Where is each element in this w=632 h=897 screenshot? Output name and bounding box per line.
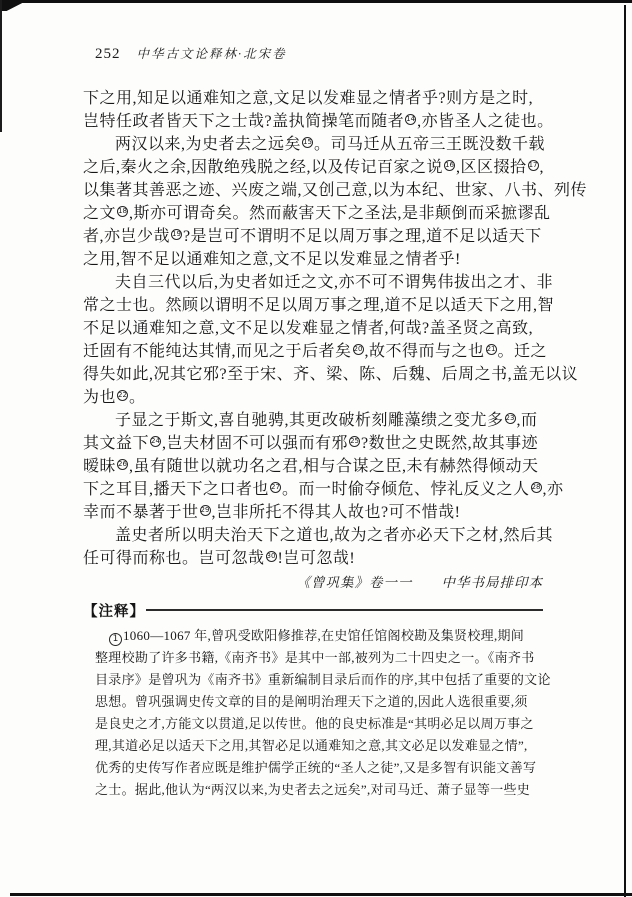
- note-ref-25: 25: [349, 436, 360, 447]
- running-head: 252中华古文论释林·北宋卷: [95, 44, 287, 64]
- scan-edge-bottom: [10, 893, 632, 896]
- note-ref-26: 26: [117, 459, 128, 470]
- book-page-scan: 252中华古文论释林·北宋卷 下之用,知足以通难知之意,文足以发难显之情者乎?则…: [0, 0, 632, 897]
- note-line: 理,其道必足以适天下之用,其智必足以通难知之意,其文必足以发难显之情”,: [95, 735, 545, 757]
- text-line: 为也22。: [83, 386, 547, 409]
- note-line: 是良史之才,方能文以贯道,足以传世。他的良史标准是“其明必足以周万事之: [95, 713, 545, 735]
- essay-body: 下之用,知足以通难知之意,文足以发难显之情者乎?则方是之时,岂特任政者皆天下之士…: [83, 87, 547, 570]
- text-line: 两汉以来,为史者去之远矣15。司马迁从五帝三王既没数千载: [83, 133, 547, 156]
- note-line: 整理校勘了许多书籍,《南齐书》是其中一部,被列为二十四史之一。《南齐书: [95, 647, 545, 669]
- text-line: 夫自三代以后,为史者如迁之文,亦不可不谓隽伟拔出之才、非: [83, 271, 547, 294]
- text-line: 任可得而称也。岂可忽哉30!岂可忽哉!: [83, 547, 547, 570]
- text-line: 暧昧26,虽有随世以就功名之君,相与合谋之臣,未有赫然得倾动天: [83, 455, 547, 478]
- attribution-line: 《曾巩集》卷一一 中华书局排印本: [83, 571, 543, 591]
- text-line: 之后,秦火之余,因散绝残脱之经,以及传记百家之说16,区区掇拾17,: [83, 156, 547, 179]
- note-ref-19: 19: [171, 229, 182, 240]
- note-line: 之士。据此,他认为“两汉以来,为史者去之远矣”,对司马迁、萧子显等一些史: [95, 779, 545, 801]
- note-ref-1: 1: [109, 633, 122, 646]
- text-line: 岂特任政者皆天下之士哉?盖执简操笔而随者14,亦皆圣人之徒也。: [83, 110, 547, 133]
- text-line: 下之耳目,播天下之口者也27。而一时偷夺倾危、悖礼反义之人28,亦: [83, 478, 547, 501]
- note-ref-29: 29: [200, 505, 211, 516]
- scan-edge-right: [624, 5, 626, 897]
- note-list: 11060—1067 年,曾巩受欧阳修推荐,在史馆任馆阁校勘及集贤校理,期间整理…: [95, 625, 545, 801]
- text-line: 之用,智不足以通难知之意,文不足以发难显之情者乎!: [83, 248, 547, 271]
- note-ref-20: 20: [353, 344, 364, 355]
- scan-edge-top: [0, 0, 632, 3]
- scan-edge-left: [0, 0, 2, 132]
- note-ref-23: 23: [505, 413, 516, 424]
- paragraph: 盖史者所以明夫治天下之道也,故为之者亦必天下之材,然后其任可得而称也。岂可忽哉3…: [83, 524, 547, 570]
- text-line: 迁固有不能纯达其情,而见之于后者矣20,故不得而与之也21。迁之: [83, 340, 547, 363]
- text-line: 者,亦岂少哉19?是岂可不谓明不足以周万事之理,道不足以适天下: [83, 225, 547, 248]
- note-ref-30: 30: [266, 551, 277, 562]
- note-ref-17: 17: [528, 160, 539, 171]
- note-ref-15: 15: [302, 137, 313, 148]
- paragraph: 夫自三代以后,为史者如迁之文,亦不可不谓隽伟拔出之才、非常之士也。然顾以谓明不足…: [83, 271, 547, 409]
- text-line: 下之用,知足以通难知之意,文足以发难显之情者乎?则方是之时,: [83, 87, 547, 110]
- text-line: 子显之于斯文,喜自驰骋,其更改破析刻雕藻缋之变尤多23,而: [83, 409, 547, 432]
- notes-divider-rule: [146, 609, 543, 611]
- note-ref-16: 16: [444, 160, 455, 171]
- note-item: 11060—1067 年,曾巩受欧阳修推荐,在史馆任馆阁校勘及集贤校理,期间整理…: [95, 625, 545, 801]
- note-ref-18: 18: [117, 206, 128, 217]
- text-line: 常之士也。然顾以谓明不足以周万事之理,道不足以适天下之用,智: [83, 294, 547, 317]
- note-ref-22: 22: [117, 390, 128, 401]
- text-line: 盖史者所以明夫治天下之道也,故为之者亦必天下之材,然后其: [83, 524, 547, 547]
- paragraph: 两汉以来,为史者去之远矣15。司马迁从五帝三王既没数千载之后,秦火之余,因散绝残…: [83, 133, 547, 271]
- text-line: 得失如此,况其它邪?至于宋、齐、梁、陈、后魏、后周之书,盖无以议: [83, 363, 547, 386]
- page-number: 252: [95, 46, 121, 62]
- note-ref-21: 21: [486, 344, 497, 355]
- text-line: 之文18,斯亦可谓奇矣。然而蔽害天下之圣法,是非颠倒而采摭谬乱: [83, 202, 547, 225]
- note-line: 思想。曾巩强调史传文章的目的是阐明治理天下之道的,因此人选很重要,须: [95, 691, 545, 713]
- notes-section-title: 【注释】: [83, 600, 145, 621]
- note-ref-24: 24: [150, 436, 161, 447]
- paragraph: 下之用,知足以通难知之意,文足以发难显之情者乎?则方是之时,岂特任政者皆天下之士…: [83, 87, 547, 133]
- text-line: 幸而不暴著于世29,岂非所托不得其人故也?可不惜哉!: [83, 501, 547, 524]
- note-ref-14: 14: [405, 114, 416, 125]
- book-title: 中华古文论释林·北宋卷: [137, 47, 287, 61]
- note-ref-28: 28: [531, 482, 542, 493]
- paragraph: 子显之于斯文,喜自驰骋,其更改破析刻雕藻缋之变尤多23,而其文益下24,岂夫材固…: [83, 409, 547, 524]
- note-line: 优秀的史传写作者应既是维护儒学正统的“圣人之徒”,又是多智有识能文善写: [95, 757, 545, 779]
- text-line: 不足以通难知之意,文不足以发难显之情者,何哉?盖圣贤之高致,: [83, 317, 547, 340]
- note-line: 目录序》是曾巩为《南齐书》重新编制目录后而作的序,其中包括了重要的文论: [95, 669, 545, 691]
- note-line: 11060—1067 年,曾巩受欧阳修推荐,在史馆任馆阁校勘及集贤校理,期间: [95, 625, 545, 647]
- note-ref-27: 27: [270, 482, 281, 493]
- text-line: 其文益下24,岂夫材固不可以强而有邪25?数世之史既然,故其事迹: [83, 432, 547, 455]
- text-line: 以集著其善恶之迹、兴废之端,又创己意,以为本纪、世家、八书、列传: [83, 179, 547, 202]
- scan-edge-top-left: [0, 0, 22, 11]
